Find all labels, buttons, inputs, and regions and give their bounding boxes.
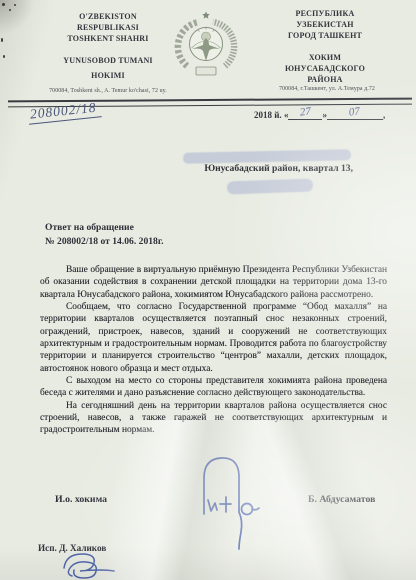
body-paragraph-3: С выходом на место со стороны представит… xyxy=(40,375,387,400)
handwritten-day: 27 xyxy=(299,105,311,118)
scan-speck xyxy=(9,9,11,11)
letterhead-left-line: TOSHKENT SHAHRI xyxy=(22,33,194,44)
letterhead-right-org: ХОКИМ ЮНУСАБАДСКОГО РАЙОНА xyxy=(240,52,410,85)
letterhead-left-line: O'ZBEKISTON xyxy=(22,11,194,22)
letterhead-left-org: YUNUSOBOD TUMANI HOKIMI xyxy=(22,55,194,81)
scan-speck xyxy=(2,3,5,6)
body-paragraph-1: Ваше обращение в виртуальную приёмную Пр… xyxy=(40,264,387,301)
date-year-label: 2018 й. xyxy=(254,110,282,120)
letterhead-left: O'ZBEKISTON RESPUBLIKASI TOSHKENT SHAHRI… xyxy=(22,11,194,81)
redaction-bar-recipient-name xyxy=(183,149,351,164)
uzbekistan-state-emblem-icon xyxy=(174,10,238,80)
letterhead-right-line: УЗБЕКИСТАН xyxy=(240,19,410,30)
scan-speck xyxy=(1,38,3,42)
recipient-address-line: Юнусабадский район, квартал 13, xyxy=(150,163,353,174)
letterhead-right: РЕСПУБЛИКА УЗБЕКИСТАН ГОРОД ТАШКЕНТ ХОКИ… xyxy=(240,8,410,85)
letterhead-right-line: ГОРОД ТАШКЕНТ xyxy=(240,30,410,41)
redaction-bar-recipient-detail xyxy=(227,179,313,195)
subject-line2: № 208002/18 от 14.06. 2018г. xyxy=(45,235,164,249)
signature-ink-icon xyxy=(197,452,269,552)
scan-speck xyxy=(14,4,16,6)
body-paragraph-4: На сегодняшний день на территории кварта… xyxy=(40,400,387,437)
letterhead-left-line: RESPUBLIKASI xyxy=(22,22,194,33)
executor-signature-ink-icon xyxy=(50,546,134,580)
address-right: 700084, г.Ташкент, ул. А.Темура д.72 xyxy=(252,86,402,92)
handwritten-month: 07 xyxy=(349,105,361,118)
date-line: 2018 й. «27»07, xyxy=(254,107,385,120)
letterhead-right-line: РЕСПУБЛИКА xyxy=(240,8,410,19)
body-paragraph-2: Сообщаем, что согласно Государственной п… xyxy=(40,301,387,375)
signer-title: И.о. хокима xyxy=(55,494,107,505)
scanned-official-letter: O'ZBEKISTON RESPUBLIKASI TOSHKENT SHAHRI… xyxy=(0,0,416,580)
scan-speck xyxy=(3,55,5,58)
letter-body: Ваше обращение в виртуальную приёмную Пр… xyxy=(40,264,387,437)
signer-name: Б. Абдусаматов xyxy=(308,494,375,505)
subject-block: Ответ на обращение № 208002/18 от 14.06.… xyxy=(45,221,164,248)
address-left: 700084, Toshkent sh., A. Temur ko'chasi,… xyxy=(28,88,188,94)
date-comma: , xyxy=(383,110,385,120)
subject-line1: Ответ на обращение xyxy=(45,221,164,235)
